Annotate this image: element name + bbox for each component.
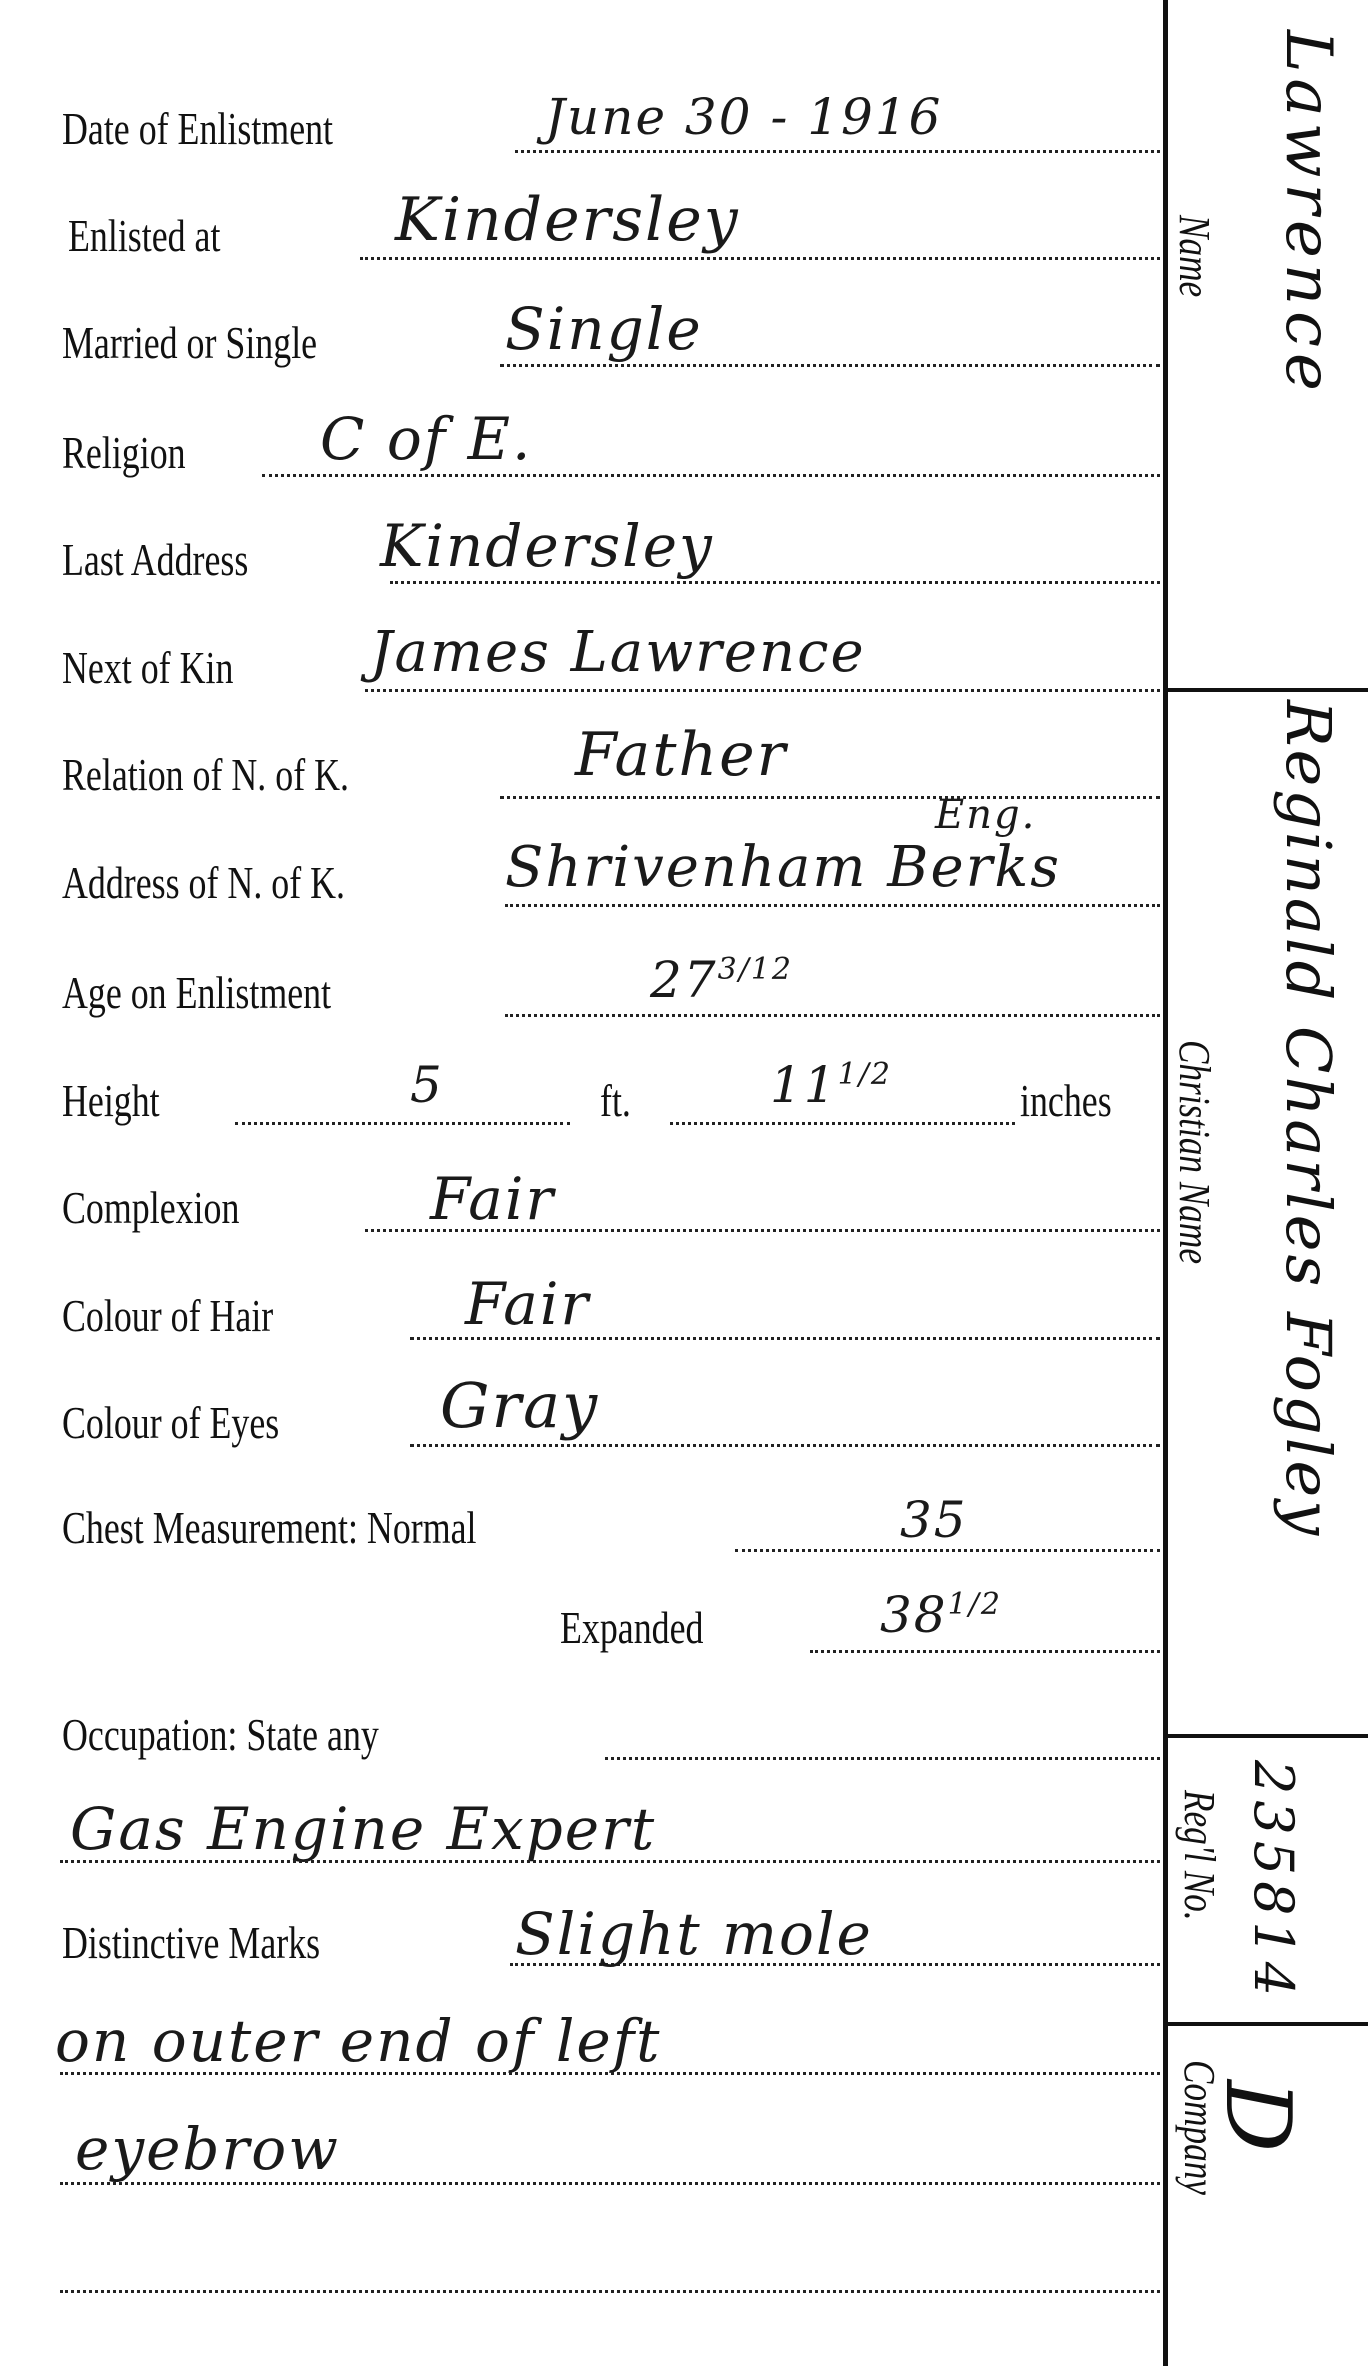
sidebar-divider	[1168, 2022, 1368, 2026]
label-address-of-nok: Address of N. of K.	[62, 860, 345, 906]
label-chest-normal: Chest Measurement: Normal	[62, 1505, 477, 1551]
label-enlisted-at: Enlisted at	[68, 213, 220, 259]
value-religion: C of E.	[320, 410, 532, 468]
label-colour-of-eyes: Colour of Eyes	[62, 1400, 279, 1446]
label-height-inches: inches	[1020, 1078, 1112, 1124]
dotted-line	[60, 2290, 1160, 2293]
label-next-of-kin: Next of Kin	[62, 645, 233, 691]
dotted-line	[262, 474, 1160, 477]
sidebar-company-value: D	[1205, 2080, 1310, 2158]
sidebar-christian-name-label: Christian Name	[1169, 1040, 1220, 1264]
sidebar-regtl-no-label: Reg'l No.	[1174, 1790, 1225, 1921]
label-distinctive-marks: Distinctive Marks	[62, 1920, 320, 1966]
expanded-whole: 38	[880, 1586, 948, 1644]
dotted-line	[735, 1549, 1160, 1552]
sidebar-regtl-no-value: 235814	[1242, 1760, 1305, 2002]
value-enlisted-at: Kindersley	[395, 190, 740, 250]
label-colour-of-hair: Colour of Hair	[62, 1293, 273, 1339]
label-date-of-enlistment: Date of Enlistment	[62, 106, 333, 152]
dotted-line	[500, 796, 1160, 799]
dotted-line	[515, 150, 1160, 153]
dotted-line	[60, 1860, 1160, 1863]
dotted-line	[60, 2072, 1160, 2075]
dotted-line	[670, 1122, 1015, 1125]
value-married-or-single: Single	[505, 300, 703, 358]
value-date-of-enlistment: June 30 - 1916	[545, 92, 942, 142]
vertical-divider	[1163, 0, 1168, 2366]
value-address-of-nok-annotation: Eng.	[935, 795, 1036, 835]
value-chest-expanded: 381/2	[880, 1590, 1002, 1640]
label-chest-expanded: Expanded	[560, 1605, 703, 1651]
label-relation-of-nok: Relation of N. of K.	[62, 752, 349, 798]
expanded-fraction: 1/2	[948, 1590, 1002, 1620]
value-complexion: Fair	[430, 1170, 555, 1228]
sidebar-name-value: Lawrence	[1271, 30, 1345, 397]
value-address-of-nok: Shrivenham Berks	[505, 840, 1061, 896]
label-complexion: Complexion	[62, 1185, 239, 1231]
dotted-line	[390, 581, 1160, 584]
dotted-line	[365, 689, 1160, 692]
dotted-line	[605, 1757, 1160, 1760]
label-religion: Religion	[62, 430, 186, 476]
value-height-feet: 5	[410, 1060, 444, 1110]
dotted-line	[60, 2182, 1160, 2185]
value-distinctive-marks-line3: eyebrow	[75, 2120, 340, 2178]
value-colour-of-hair: Fair	[465, 1275, 590, 1333]
inches-whole: 11	[770, 1056, 838, 1114]
sidebar-christian-name-value: Reginald Charles Fogley	[1272, 700, 1345, 1538]
label-occupation: Occupation: State any	[62, 1712, 379, 1758]
label-height: Height	[62, 1078, 160, 1124]
sidebar-divider	[1168, 1734, 1368, 1738]
value-distinctive-marks-line1: Slight mole	[515, 1905, 873, 1963]
dotted-line	[500, 364, 1160, 367]
age-fraction: 3/12	[718, 955, 793, 985]
sidebar-divider	[1168, 688, 1368, 692]
dotted-line	[810, 1650, 1160, 1653]
label-last-address: Last Address	[62, 537, 248, 583]
value-last-address: Kindersley	[380, 517, 714, 575]
dotted-line	[235, 1122, 570, 1125]
value-next-of-kin: James Lawrence	[370, 625, 866, 681]
label-height-ft: ft.	[600, 1078, 631, 1124]
dotted-line	[360, 257, 1160, 260]
value-occupation: Gas Engine Expert	[70, 1800, 656, 1858]
label-age-on-enlistment: Age on Enlistment	[62, 970, 331, 1016]
value-colour-of-eyes: Gray	[440, 1375, 599, 1437]
age-years: 27	[650, 951, 718, 1009]
value-age-on-enlistment: 273/12	[650, 955, 793, 1005]
sidebar-name-label: Name	[1169, 215, 1220, 297]
dotted-line	[410, 1444, 1160, 1447]
dotted-line	[505, 1014, 1160, 1017]
value-distinctive-marks-line2: on outer end of left	[55, 2012, 662, 2070]
value-height-inches: 111/2	[770, 1060, 892, 1110]
dotted-line	[505, 904, 1160, 907]
label-married-or-single: Married or Single	[62, 320, 317, 366]
value-chest-normal: 35	[900, 1495, 968, 1545]
inches-fraction: 1/2	[838, 1060, 892, 1090]
value-relation-of-nok: Father	[575, 725, 787, 785]
